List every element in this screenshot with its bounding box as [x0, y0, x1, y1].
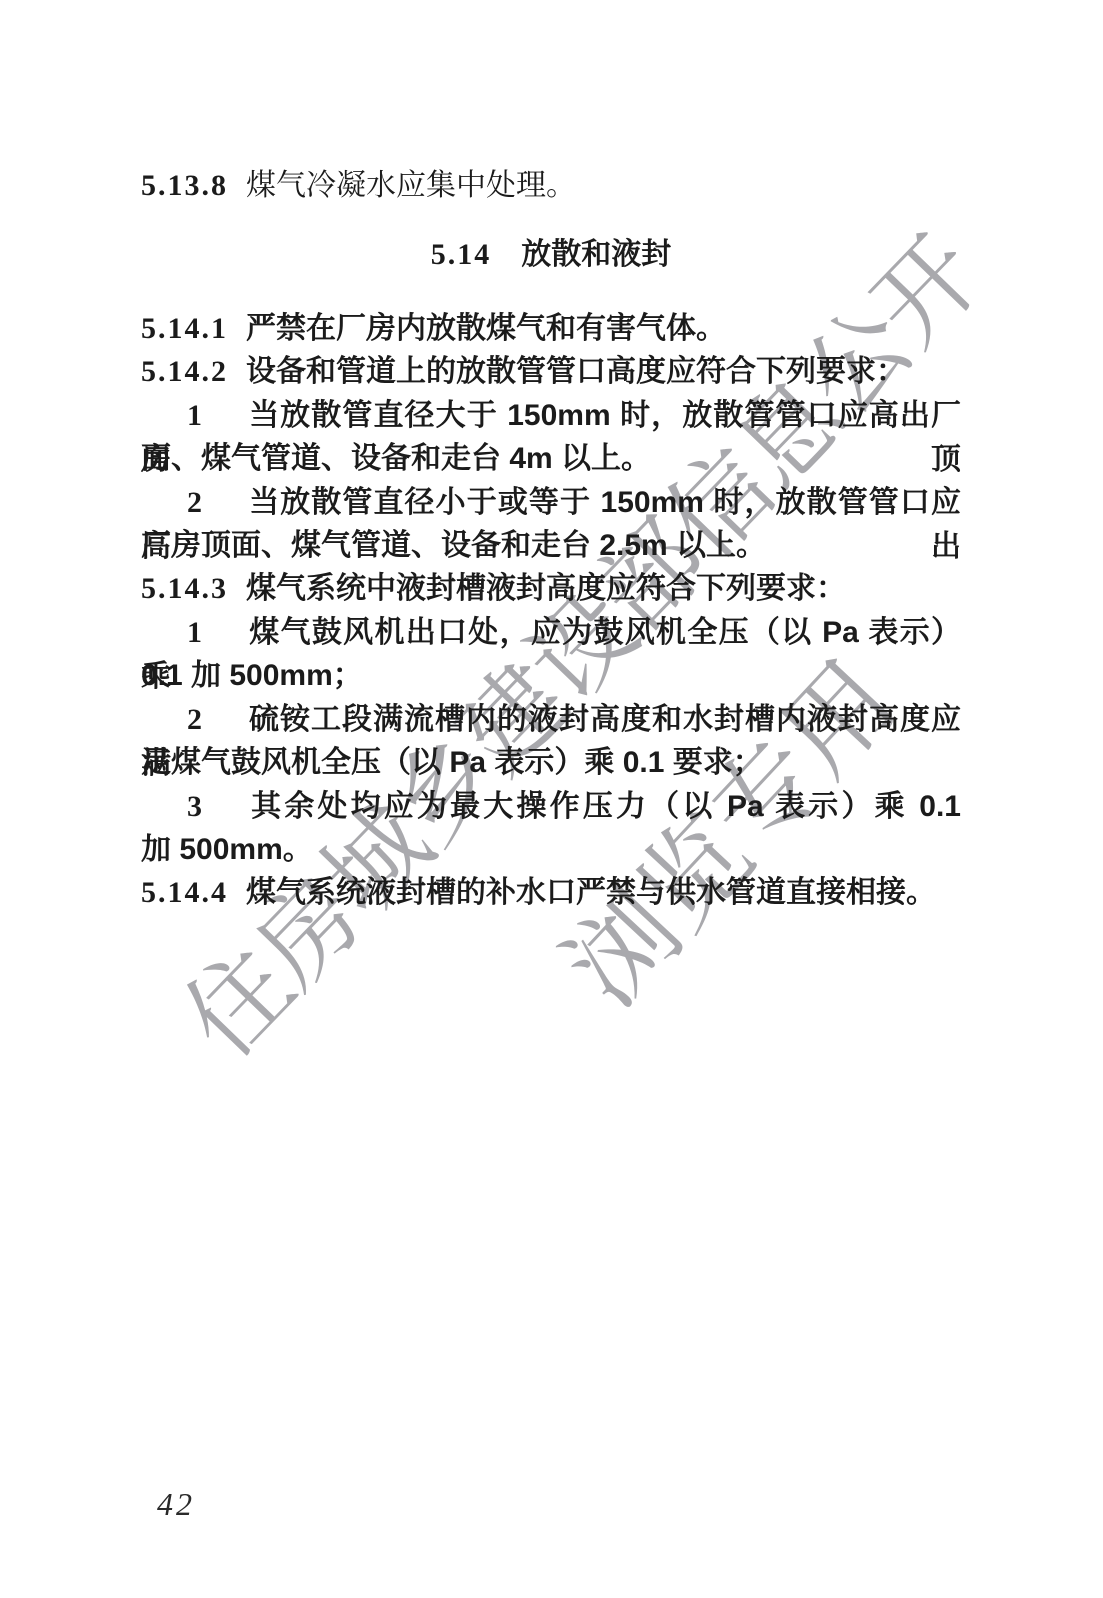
item-number: 3 [187, 790, 204, 823]
list-item-2-line-1: 2当放散管直径小于或等于 150mm 时，放散管管口应高出 [141, 481, 961, 525]
clause-number: 5.13.8 [141, 169, 228, 202]
section-title: 放散和液封 [521, 238, 671, 271]
list-item-2-line-1: 2硫铵工段满流槽内的液封高度和水封槽内液封高度应满 [141, 698, 961, 742]
list-item-1-line-2: 面、煤气管道、设备和走台 4m 以上。 [141, 437, 961, 481]
item-text: 0.1 加 500mm； [141, 659, 363, 692]
page-number: 42 [157, 1486, 195, 1523]
list-item-1-line-1: 1煤气鼓风机出口处，应为鼓风机全压（以 Pa 表示）乘 [141, 611, 961, 655]
clause-number: 5.14.3 [141, 572, 228, 605]
item-number: 2 [187, 703, 204, 736]
list-item-1-line-1: 1当放散管直径大于 150mm 时，放散管管口应高出厂房顶 [141, 394, 961, 438]
item-text: 其余处均应为最大操作压力（以 Pa 表示）乘 0.1 [248, 790, 961, 823]
section-number: 5.14 [431, 238, 492, 271]
list-item-3-line-1: 3其余处均应为最大操作压力（以 Pa 表示）乘 0.1 [141, 785, 961, 829]
clause-text: 煤气系统液封槽的补水口严禁与供水管道直接相接。 [246, 876, 936, 909]
item-number: 1 [187, 616, 204, 649]
item-text: 厂房顶面、煤气管道、设备和走台 2.5m 以上。 [141, 529, 766, 562]
clause-5-14-3: 5.14.3煤气系统中液封槽液封高度应符合下列要求： [141, 567, 961, 611]
clause-text: 严禁在厂房内放散煤气和有害气体。 [246, 312, 726, 345]
list-item-2-line-2: 厂房顶面、煤气管道、设备和走台 2.5m 以上。 [141, 524, 961, 568]
item-text: 加 500mm。 [141, 833, 313, 866]
clause-text: 设备和管道上的放散管管口高度应符合下列要求： [246, 355, 906, 388]
clause-5-14-1: 5.14.1严禁在厂房内放散煤气和有害气体。 [141, 307, 961, 351]
item-text: 面、煤气管道、设备和走台 4m 以上。 [141, 442, 651, 475]
clause-5-14-4: 5.14.4煤气系统液封槽的补水口严禁与供水管道直接相接。 [141, 871, 961, 915]
clause-5-13-8: 5.13.8煤气冷凝水应集中处理。 [141, 164, 961, 208]
item-number: 1 [187, 399, 204, 432]
list-item-3-line-2: 加 500mm。 [141, 828, 961, 872]
section-heading: 5.14放散和液封 [141, 233, 961, 277]
list-item-2-line-2: 足煤气鼓风机全压（以 Pa 表示）乘 0.1 要求； [141, 741, 961, 785]
clause-number: 5.14.4 [141, 876, 228, 909]
clause-text: 煤气系统中液封槽液封高度应符合下列要求： [246, 572, 846, 605]
item-text: 足煤气鼓风机全压（以 Pa 表示）乘 0.1 要求； [141, 746, 763, 779]
clause-number: 5.14.1 [141, 312, 228, 345]
clause-number: 5.14.2 [141, 355, 228, 388]
clause-5-14-2: 5.14.2设备和管道上的放散管管口高度应符合下列要求： [141, 350, 961, 394]
item-number: 2 [187, 486, 204, 519]
clause-text: 煤气冷凝水应集中处理。 [246, 169, 576, 202]
list-item-1-line-2: 0.1 加 500mm； [141, 654, 961, 698]
